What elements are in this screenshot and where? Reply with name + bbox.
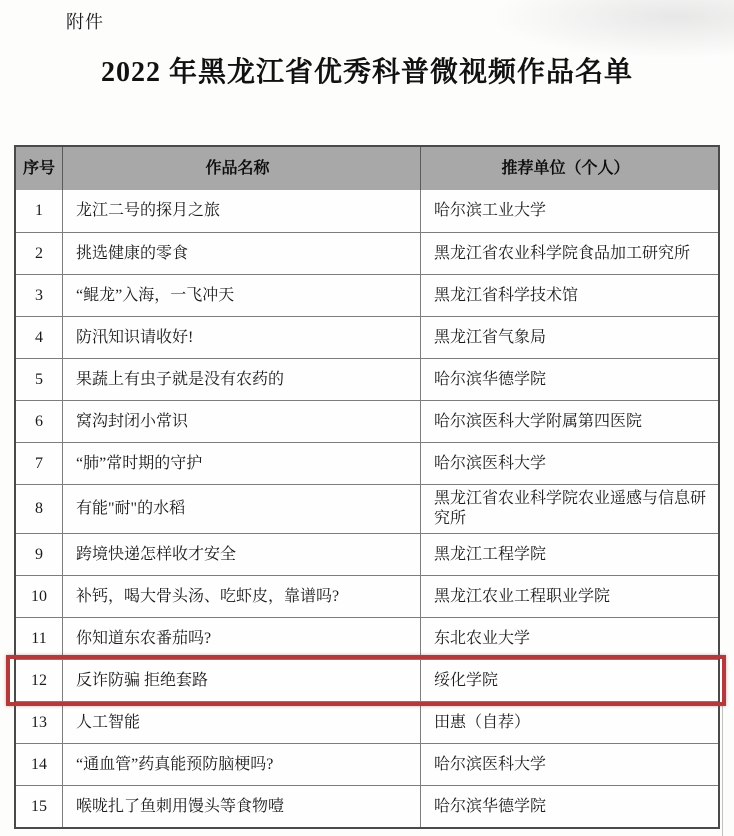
table-row: 7 “肺”常时期的守护 哈尔滨医科大学 [16, 442, 718, 484]
work-title-cell: “通血管”药真能预防脑梗吗? [62, 744, 420, 785]
row-number-cell: 9 [16, 534, 62, 575]
row-number-cell: 1 [16, 190, 62, 232]
recommending-unit-cell: 黑龙江省科学技术馆 [420, 275, 718, 316]
column-header-recommending-unit: 推荐单位（个人） [420, 147, 718, 190]
table-row: 2 挑选健康的零食 黑龙江省农业科学院食品加工研究所 [16, 232, 718, 274]
row-number-cell: 2 [16, 233, 62, 274]
recommending-unit-cell: 黑龙江农业工程职业学院 [420, 576, 718, 617]
recommending-unit-cell: 哈尔滨医科大学附属第四医院 [420, 401, 718, 442]
table-row: 3 “鲲龙”入海，一飞冲天 黑龙江省科学技术馆 [16, 274, 718, 316]
work-title-cell: “鲲龙”入海，一飞冲天 [62, 275, 420, 316]
recommending-unit-cell: 黑龙江省农业科学院食品加工研究所 [420, 233, 718, 274]
row-number-cell: 5 [16, 359, 62, 400]
table-header-row: 序号 作品名称 推荐单位（个人） [16, 147, 718, 190]
table-row-highlighted: 12 反诈防骗 拒绝套路 绥化学院 [16, 659, 718, 701]
scan-edge-line [722, 660, 723, 836]
work-title-cell: 喉咙扎了鱼刺用馒头等食物噎 [62, 786, 420, 827]
work-title-cell: 窝沟封闭小常识 [62, 401, 420, 442]
row-number-cell: 3 [16, 275, 62, 316]
work-title-cell: 龙江二号的探月之旅 [62, 190, 420, 232]
row-number-cell: 10 [16, 576, 62, 617]
table-row: 8 有能"耐"的水稻 黑龙江省农业科学院农业遥感与信息研究所 [16, 484, 718, 533]
table-row: 6 窝沟封闭小常识 哈尔滨医科大学附属第四医院 [16, 400, 718, 442]
column-header-number: 序号 [16, 147, 62, 190]
row-number-cell: 13 [16, 702, 62, 743]
recommending-unit-cell: 哈尔滨华德学院 [420, 359, 718, 400]
table-row: 9 跨境快递怎样收才安全 黑龙江工程学院 [16, 533, 718, 575]
table-body: 1 龙江二号的探月之旅 哈尔滨工业大学 2 挑选健康的零食 黑龙江省农业科学院食… [16, 190, 718, 827]
recommending-unit-cell: 田惠（自荐） [420, 702, 718, 743]
work-title-cell: 你知道东农番茄吗? [62, 618, 420, 659]
recommending-unit-cell: 哈尔滨华德学院 [420, 786, 718, 827]
table-row: 5 果蔬上有虫子就是没有农药的 哈尔滨华德学院 [16, 358, 718, 400]
row-number-cell: 12 [16, 660, 62, 701]
row-number-cell: 7 [16, 443, 62, 484]
table-row: 15 喉咙扎了鱼刺用馒头等食物噎 哈尔滨华德学院 [16, 785, 718, 827]
table-row: 13 人工智能 田惠（自荐） [16, 701, 718, 743]
recommending-unit-cell: 绥化学院 [420, 660, 718, 701]
recommending-unit-cell: 黑龙江省气象局 [420, 317, 718, 358]
work-title-cell: 跨境快递怎样收才安全 [62, 534, 420, 575]
recommending-unit-cell: 东北农业大学 [420, 618, 718, 659]
row-number-cell: 8 [16, 485, 62, 533]
work-title-cell: 防汛知识请收好! [62, 317, 420, 358]
recommending-unit-cell: 哈尔滨医科大学 [420, 443, 718, 484]
work-title-cell: 人工智能 [62, 702, 420, 743]
recommending-unit-cell: 黑龙江省农业科学院农业遥感与信息研究所 [420, 485, 718, 533]
row-number-cell: 14 [16, 744, 62, 785]
work-title-cell: 补钙，喝大骨头汤、吃虾皮，靠谱吗? [62, 576, 420, 617]
column-header-work-title: 作品名称 [62, 147, 420, 190]
table-row: 4 防汛知识请收好! 黑龙江省气象局 [16, 316, 718, 358]
recommending-unit-cell: 黑龙江工程学院 [420, 534, 718, 575]
page-title: 2022 年黑龙江省优秀科普微视频作品名单 [0, 50, 734, 90]
recommending-unit-cell: 哈尔滨医科大学 [420, 744, 718, 785]
work-title-cell: 果蔬上有虫子就是没有农药的 [62, 359, 420, 400]
row-number-cell: 4 [16, 317, 62, 358]
table-row: 10 补钙，喝大骨头汤、吃虾皮，靠谱吗? 黑龙江农业工程职业学院 [16, 575, 718, 617]
row-number-cell: 15 [16, 786, 62, 827]
table-row: 1 龙江二号的探月之旅 哈尔滨工业大学 [16, 190, 718, 232]
attachment-label: 附件 [66, 8, 104, 34]
work-title-cell: 挑选健康的零食 [62, 233, 420, 274]
document-page: 附件 2022 年黑龙江省优秀科普微视频作品名单 序号 作品名称 推荐单位（个人… [0, 0, 734, 836]
awards-table: 序号 作品名称 推荐单位（个人） 1 龙江二号的探月之旅 哈尔滨工业大学 2 挑… [14, 145, 720, 829]
row-number-cell: 6 [16, 401, 62, 442]
table-row: 14 “通血管”药真能预防脑梗吗? 哈尔滨医科大学 [16, 743, 718, 785]
work-title-cell: “肺”常时期的守护 [62, 443, 420, 484]
work-title-cell: 反诈防骗 拒绝套路 [62, 660, 420, 701]
row-number-cell: 11 [16, 618, 62, 659]
recommending-unit-cell: 哈尔滨工业大学 [420, 190, 718, 232]
table-row: 11 你知道东农番茄吗? 东北农业大学 [16, 617, 718, 659]
work-title-cell: 有能"耐"的水稻 [62, 485, 420, 533]
